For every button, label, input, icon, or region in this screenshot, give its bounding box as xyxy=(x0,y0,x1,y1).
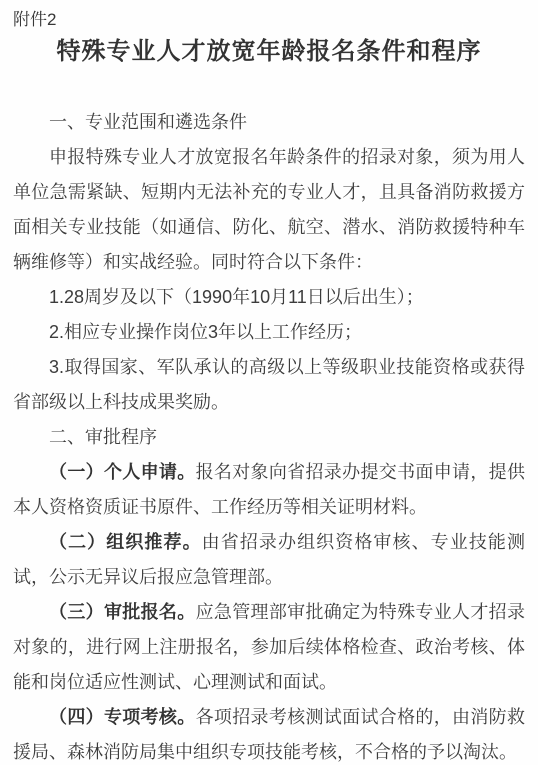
document-page: 附件2 特殊专业人才放宽年龄报名条件和程序 一、专业范围和遴选条件 申报特殊专业… xyxy=(0,0,538,765)
paragraph: （二）组织推荐。由省招录办组织资格审核、专业技能测试，公示无异议后报应急管理部。 xyxy=(13,525,525,595)
paragraph-text: 3.取得国家、军队承认的高级以上等级职业技能资格或获得省部级以上科技成果奖励。 xyxy=(13,357,525,412)
paragraph-text: 申报特殊专业人才放宽报名年龄条件的招录对象，须为用人单位急需紧缺、短期内无法补充… xyxy=(13,147,525,272)
section-heading: 二、审批程序 xyxy=(13,420,525,455)
paragraph: 申报特殊专业人才放宽报名年龄条件的招录对象，须为用人单位急需紧缺、短期内无法补充… xyxy=(13,140,525,280)
list-item: 1.28周岁及以下（1990年10月11日以后出生）； xyxy=(13,280,525,315)
paragraph-bold-lead: （二）组织推荐。 xyxy=(49,532,202,552)
paragraph-bold-lead: （四）专项考核。 xyxy=(49,707,196,727)
paragraph-text: 2.相应专业操作岗位3年以上工作经历； xyxy=(49,322,362,342)
paragraph-bold-lead: （三）审批报名。 xyxy=(49,602,196,622)
list-item: 2.相应专业操作岗位3年以上工作经历； xyxy=(13,315,525,350)
document-body: 一、专业范围和遴选条件 申报特殊专业人才放宽报名年龄条件的招录对象，须为用人单位… xyxy=(13,105,525,765)
paragraph: （一）个人申请。报名对象向省招录办提交书面申请，提供本人资格资质证书原件、工作经… xyxy=(13,455,525,525)
paragraph: （四）专项考核。各项招录考核测试面试合格的，由消防救援局、森林消防局集中组织专项… xyxy=(13,700,525,765)
paragraph: （三）审批报名。应急管理部审批确定为特殊专业人才招录对象的，进行网上注册报名，参… xyxy=(13,595,525,700)
paragraph-text: 一、专业范围和遴选条件 xyxy=(49,112,247,132)
section-heading: 一、专业范围和遴选条件 xyxy=(13,105,525,140)
document-title: 特殊专业人才放宽年龄报名条件和程序 xyxy=(13,37,525,67)
list-item: 3.取得国家、军队承认的高级以上等级职业技能资格或获得省部级以上科技成果奖励。 xyxy=(13,350,525,420)
attachment-label: 附件2 xyxy=(13,9,525,30)
paragraph-bold-lead: （一）个人申请。 xyxy=(49,462,196,482)
paragraph-text: 二、审批程序 xyxy=(49,427,157,447)
paragraph-text: 1.28周岁及以下（1990年10月11日以后出生）； xyxy=(49,287,424,307)
